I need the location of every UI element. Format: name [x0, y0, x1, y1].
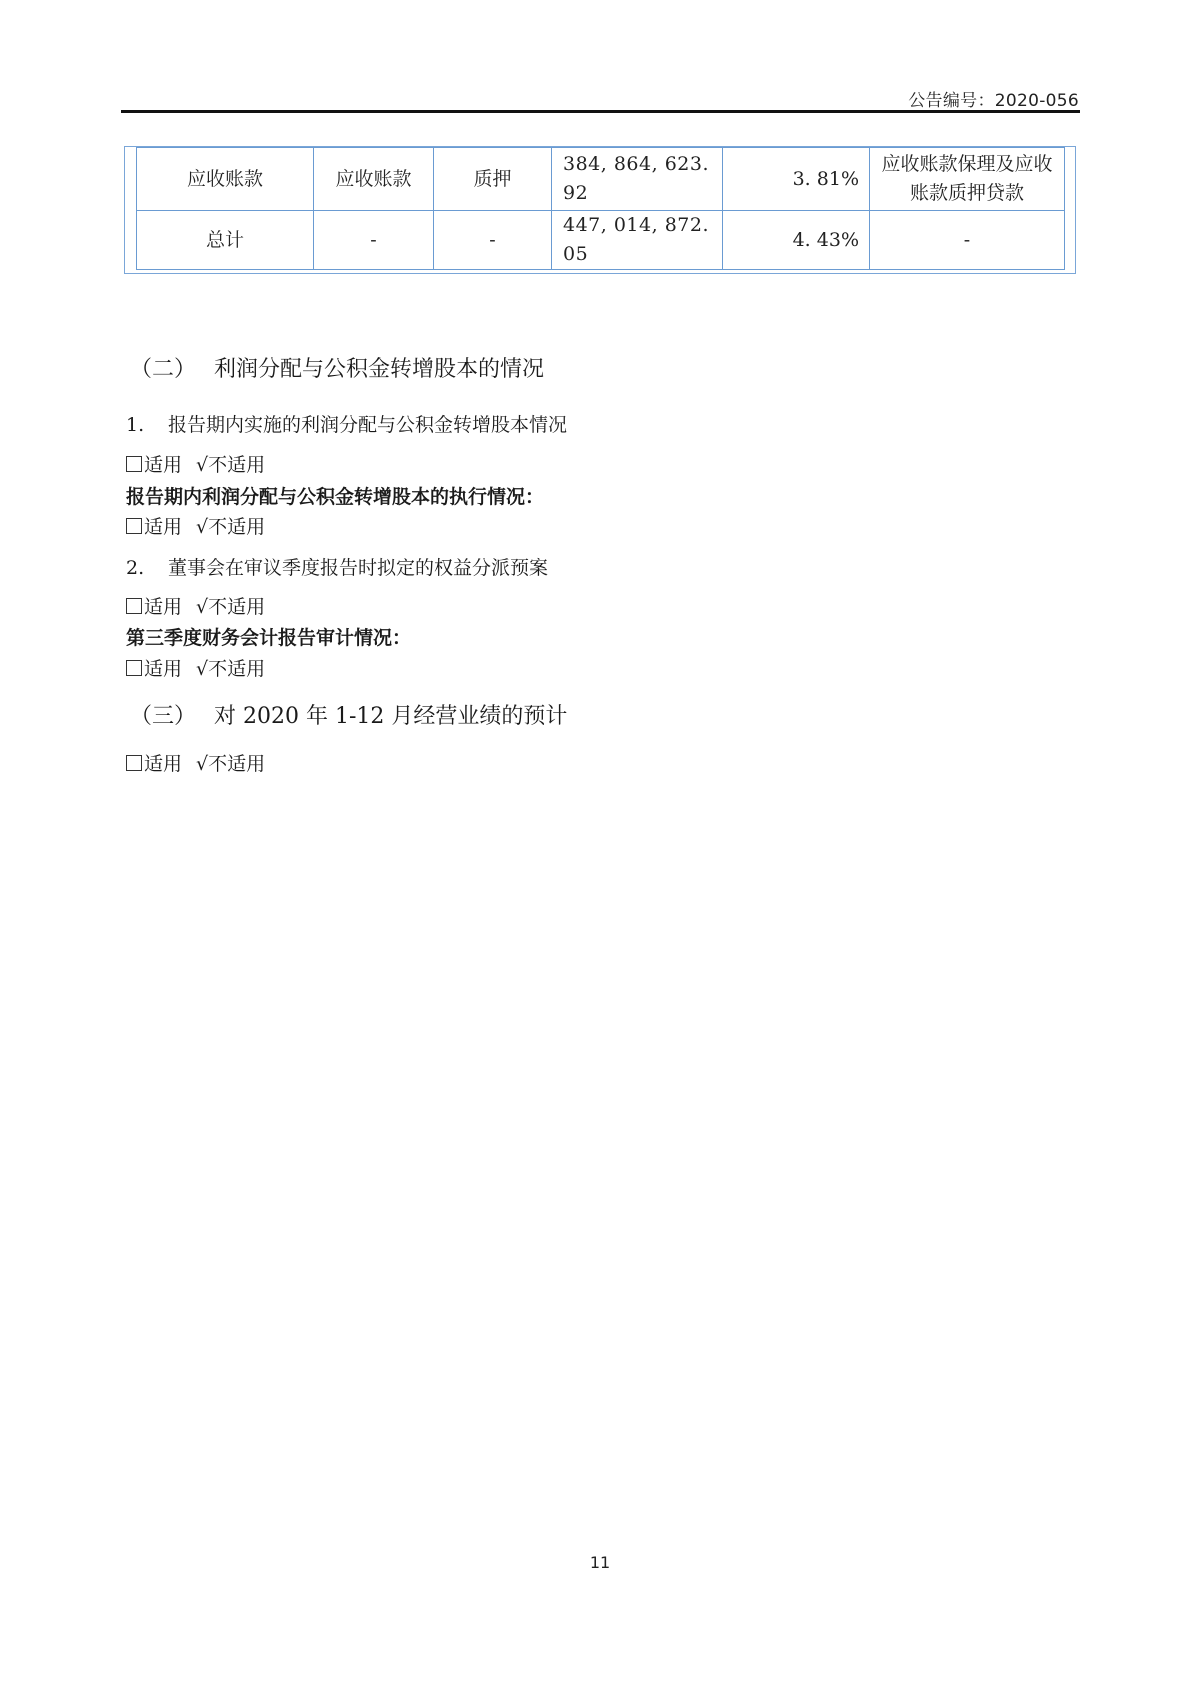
table-row: 应收账款 应收账款 质押 384, 864, 623. 92 3. 81% 应收…	[137, 148, 1065, 211]
not-applicable-label: 不适用	[208, 516, 265, 538]
checkbox-icon	[126, 518, 142, 534]
item-heading-1: 1.报告期内实施的利润分配与公积金转增股本情况	[126, 413, 567, 437]
cell-ratio: 4. 43%	[723, 211, 870, 270]
cell-status: 质押	[434, 148, 552, 211]
section-prefix: （二）	[130, 357, 196, 382]
cell-type: 应收账款	[314, 148, 434, 211]
cell-status: -	[434, 211, 552, 270]
applicability-option: 适用√不适用	[126, 515, 265, 539]
cell-reason: 应收账款保理及应收账款质押贷款	[870, 148, 1065, 211]
applicable-label: 适用	[144, 454, 182, 476]
applicable-label: 适用	[144, 753, 182, 775]
section-heading-profit-distribution: （二）利润分配与公积金转增股本的情况	[130, 356, 544, 384]
item-title: 董事会在审议季度报告时拟定的权益分派预案	[168, 557, 548, 579]
checkmark-icon: √	[196, 658, 208, 680]
checkbox-icon	[126, 660, 142, 676]
cell-amount: 447, 014, 872. 05	[552, 211, 723, 270]
checkbox-icon	[126, 755, 142, 771]
header-divider	[121, 110, 1080, 113]
cell-type: -	[314, 211, 434, 270]
item-title: 报告期内实施的利润分配与公积金转增股本情况	[168, 414, 567, 436]
applicability-option: 适用√不适用	[126, 657, 265, 681]
not-applicable-label: 不适用	[208, 596, 265, 618]
not-applicable-label: 不适用	[208, 454, 265, 476]
cell-asset: 应收账款	[137, 148, 314, 211]
section-prefix: （三）	[130, 704, 196, 729]
announcement-code: 公告编号：2020-056	[908, 86, 1079, 111]
section-title: 利润分配与公积金转增股本的情况	[214, 357, 544, 382]
item-heading-2: 2.董事会在审议季度报告时拟定的权益分派预案	[126, 556, 548, 580]
execution-label: 报告期内利润分配与公积金转增股本的执行情况：	[126, 485, 544, 509]
page-number: 11	[0, 1553, 1200, 1572]
cell-reason: -	[870, 211, 1065, 270]
applicability-option: 适用√不适用	[126, 752, 265, 776]
checkmark-icon: √	[196, 596, 208, 618]
applicable-label: 适用	[144, 596, 182, 618]
checkbox-icon	[126, 456, 142, 472]
applicability-option: 适用√不适用	[126, 453, 265, 477]
item-number: 2.	[126, 556, 168, 580]
section-title: 对 2020 年 1-12 月经营业绩的预计	[214, 704, 567, 729]
checkbox-icon	[126, 598, 142, 614]
checkmark-icon: √	[196, 753, 208, 775]
applicable-label: 适用	[144, 658, 182, 680]
checkmark-icon: √	[196, 454, 208, 476]
cell-amount: 384, 864, 623. 92	[552, 148, 723, 211]
applicability-option: 适用√不适用	[126, 595, 265, 619]
table-row-total: 总计 - - 447, 014, 872. 05 4. 43% -	[137, 211, 1065, 270]
cell-asset: 总计	[137, 211, 314, 270]
checkmark-icon: √	[196, 516, 208, 538]
pledged-assets-table: 应收账款 应收账款 质押 384, 864, 623. 92 3. 81% 应收…	[136, 147, 1065, 270]
section-heading-performance-forecast: （三）对 2020 年 1-12 月经营业绩的预计	[130, 703, 567, 731]
not-applicable-label: 不适用	[208, 753, 265, 775]
audit-label: 第三季度财务会计报告审计情况：	[126, 626, 411, 650]
cell-ratio: 3. 81%	[723, 148, 870, 211]
applicable-label: 适用	[144, 516, 182, 538]
not-applicable-label: 不适用	[208, 658, 265, 680]
item-number: 1.	[126, 413, 168, 437]
